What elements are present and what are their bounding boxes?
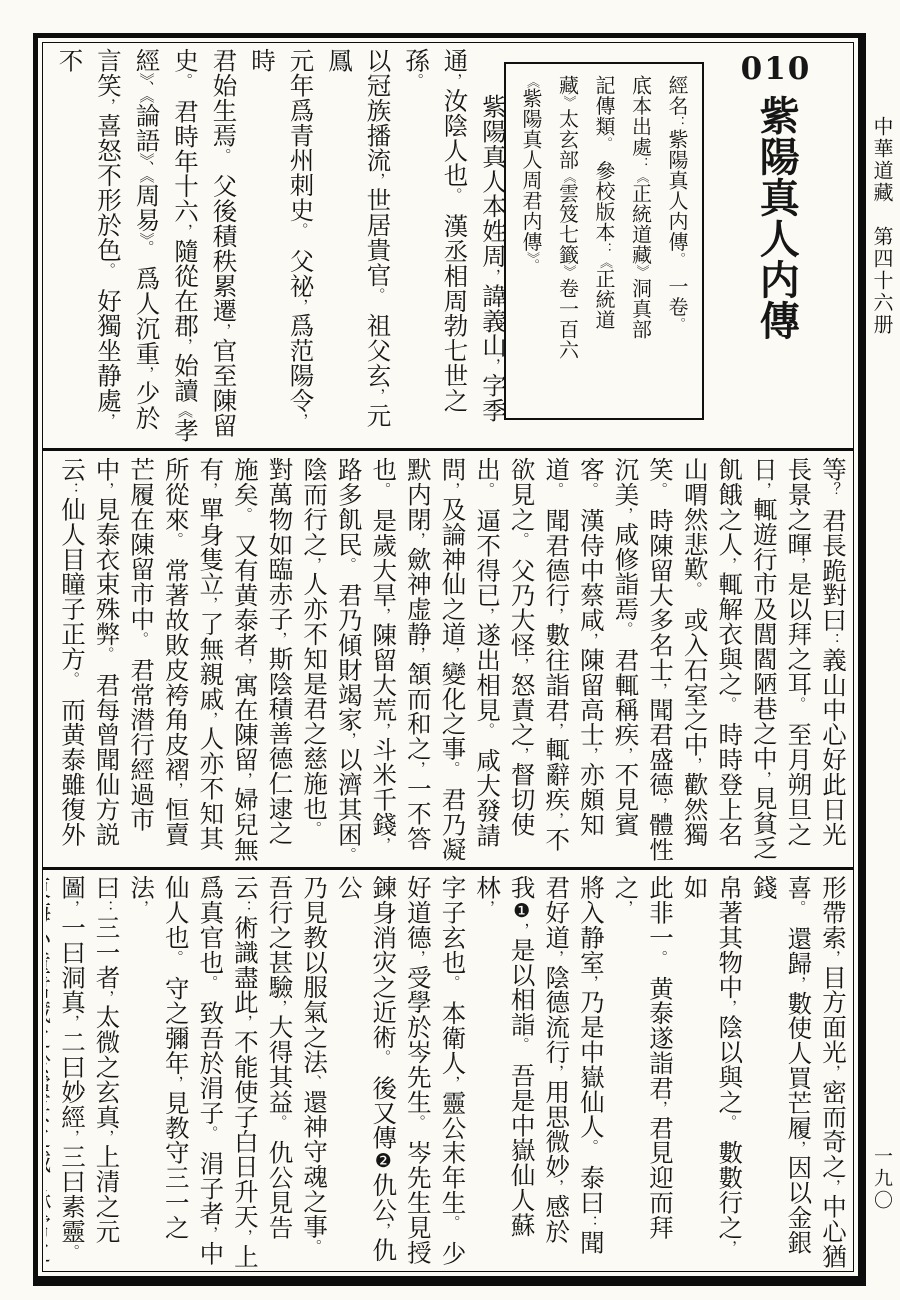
punctuation: ， <box>138 366 156 381</box>
text-column: 東海小童君藏之於靈景之城、琳霄之 <box>46 875 54 1269</box>
text-column: 施矣。又有黄泰者，寓在陳留，婦兒無 <box>227 457 262 864</box>
punctuation: ， <box>616 507 634 522</box>
punctuation: ， <box>215 323 233 338</box>
text-column: 云：術識盡此，不能使子白日升天，上 <box>227 875 262 1269</box>
punctuation: 。 <box>513 1037 531 1052</box>
punctuation: ， <box>443 646 461 661</box>
text-column: 飢餓之人，輒解衣與之。時時登上名 <box>712 457 747 864</box>
punctuation: ， <box>686 757 704 772</box>
punctuation: ， <box>478 900 496 915</box>
edition-note-box: 經名：紫陽真人内傳。一卷。底本出處：《正統道藏》洞真部記傳類。參校版本：《正統道… <box>504 62 704 420</box>
punctuation: 。 <box>478 722 496 737</box>
punctuation: ， <box>236 1015 254 1030</box>
text-column: 笑。時陳留大多名士，聞君盛德，體性 <box>642 457 677 864</box>
text-column: 所從來。常著故敗皮袴角皮褶，恒賣 <box>158 457 193 864</box>
register-divider-line <box>43 448 853 451</box>
punctuation: ， <box>484 358 502 373</box>
punctuation: 。 <box>670 317 685 330</box>
punctuation: 。 <box>597 137 612 150</box>
text-column: 芒履在陳留市中。君常潜行經過市 <box>124 457 159 864</box>
text-column: 鍊身消灾之近術。後又傳❷仇公，仇公 <box>331 875 400 1269</box>
punctuation: ， <box>409 761 427 776</box>
punctuation: ， <box>547 608 565 623</box>
punctuation: ： <box>236 900 254 915</box>
punctuation: 。 <box>720 696 738 711</box>
punctuation: 。 <box>138 240 156 255</box>
punctuation: ， <box>513 657 531 672</box>
text-column: 《紫陽真人周君内傳》。 <box>513 75 550 407</box>
punctuation: 。 <box>374 1049 392 1064</box>
text-column: 沉美，咸修詣焉。君輒稱疾，不見賓 <box>608 457 643 864</box>
text-column: 帛著其物中，陰以與之。數數行之，如 <box>677 875 746 1269</box>
text-column: 通，汝陰人也。漢丞相周勃七世之孫。 <box>397 48 474 443</box>
punctuation: ， <box>236 1229 254 1244</box>
punctuation: ， <box>616 747 634 762</box>
text-column: 形帶索，目方面光，密而奇之，中心猶 <box>815 875 850 1269</box>
text-column: 字子玄也。本衛人，靈公末年生。少 <box>435 875 470 1269</box>
punctuation: 。 <box>616 621 634 636</box>
punctuation: ， <box>340 732 358 747</box>
punctuation: 。 <box>305 1239 323 1254</box>
punctuation: ， <box>443 1075 461 1090</box>
punctuation: ： <box>63 482 81 497</box>
punctuation: ， <box>369 173 387 188</box>
text-column: 記傳類。參校版本：《正統道 <box>586 75 623 407</box>
punctuation: 。 <box>374 482 392 497</box>
punctuation: ， <box>369 388 387 403</box>
text-column: 等？君長跪對曰：義山中心好此日光 <box>815 457 850 864</box>
text-column: 出。逼不得已，遂出相見。咸大發請 <box>469 457 504 864</box>
punctuation: ， <box>98 1129 116 1144</box>
punctuation: ， <box>201 482 219 497</box>
text-column: 客。漢侍中蔡咸，陳留高士，亦頗知 <box>573 457 608 864</box>
punctuation: ， <box>547 950 565 965</box>
punctuation: ， <box>824 1064 842 1079</box>
punctuation: 》 <box>138 233 156 241</box>
punctuation: 。 <box>651 950 669 965</box>
text-column: 史。君時年十六，隨從在郡，始讀《孝 <box>166 48 205 443</box>
text-column: 欲見之。父乃大怪，怒責之，督切使 <box>504 457 539 864</box>
punctuation: ， <box>446 73 464 88</box>
punctuation: ， <box>63 900 81 915</box>
punctuation: 《 <box>138 175 156 183</box>
punctuation: ， <box>547 722 565 737</box>
punctuation: ， <box>236 772 254 787</box>
punctuation: 。 <box>63 1244 81 1259</box>
punctuation: ， <box>720 1000 738 1015</box>
punctuation: ， <box>478 608 496 623</box>
punctuation: 。 <box>443 975 461 990</box>
punctuation: 。 <box>582 1139 600 1154</box>
punctuation: ， <box>305 557 323 572</box>
punctuation: 。 <box>167 950 185 965</box>
text-column: 曰：三一者，太微之玄真，上清之元 <box>89 875 124 1269</box>
punctuation: ： <box>597 243 612 256</box>
punctuation: ， <box>63 1129 81 1144</box>
punctuation: 。 <box>582 482 600 497</box>
top-register-text: 紫陽真人本姓周，諱義山，字季通，汝陰人也。漢丞相周勃七世之孫。以冠族播流，世居貴… <box>46 48 512 443</box>
collection-volume-label: 中華道藏第四十六册 <box>868 116 897 336</box>
punctuation: ， <box>513 922 531 937</box>
punctuation: 。 <box>686 582 704 597</box>
punctuation: ， <box>755 771 773 786</box>
collection-name: 中華道藏 <box>870 116 894 204</box>
text-column: 以冠族播流，世居貴官。祖父玄，元鳳 <box>320 48 397 443</box>
text-column: 有，單身隻立，了無親戚，人亦不知其 <box>193 457 228 864</box>
text-column: 仙人也。守之彌年，見教守三一之法， <box>124 875 193 1269</box>
punctuation: 。 <box>478 482 496 497</box>
punctuation: ， <box>789 1140 807 1155</box>
punctuation: ， <box>651 682 669 697</box>
text-column: 長景之暉，是以拜之耳。至月朔旦之 <box>781 457 816 864</box>
punctuation: 。 <box>513 532 531 547</box>
punctuation: ， <box>409 646 427 661</box>
punctuation: 。 <box>63 671 81 686</box>
text-column: 結名好。然精思微密，所存必感。常 <box>46 48 50 443</box>
volume-label: 第四十六册 <box>870 226 894 336</box>
punctuation: ， <box>651 797 669 812</box>
text-column: 爲真官也。致吾於涓子。涓子者，中 <box>193 875 228 1269</box>
punctuation: 《 <box>634 170 649 183</box>
punctuation: ， <box>824 950 842 965</box>
text-column: 山喟然悲歎。或入石室之中，歡然獨 <box>677 457 712 864</box>
punctuation: 《 <box>561 170 576 183</box>
punctuation: 《 <box>138 95 156 103</box>
punctuation: 。 <box>98 646 116 661</box>
punctuation: 。 <box>789 900 807 915</box>
text-column: 對萬物如臨赤子，斯陰積善德仁逮之 <box>262 457 297 864</box>
punctuation: 》 <box>561 96 576 109</box>
chapter-title: 紫陽真人内傳 <box>755 95 797 341</box>
punctuation: ， <box>789 557 807 572</box>
text-column: 路多飢民。君乃傾財竭家，以濟其困。 <box>331 457 366 864</box>
punctuation: 》 <box>634 265 649 278</box>
punctuation: 。 <box>443 1215 461 1230</box>
punctuation: ， <box>484 268 502 283</box>
punctuation: ， <box>755 482 773 497</box>
punctuation: 。 <box>409 1114 427 1129</box>
text-column: 問，及論神仙之道，變化之事。君乃凝 <box>435 457 470 864</box>
punctuation: 。 <box>443 761 461 776</box>
punctuation: 。 <box>670 252 685 265</box>
punctuation: ， <box>99 413 117 428</box>
text-column: 吾行之甚驗，大得其益。仇公見告 <box>262 875 297 1269</box>
punctuation: 。 <box>292 222 310 237</box>
punctuation: ： <box>98 900 116 915</box>
text-column: 元年爲青州刺史。父祕，爲范陽令，時 <box>243 48 320 443</box>
punctuation: ， <box>98 990 116 1005</box>
text-column: 中，見泰衣束殊弊。君每曾聞仙方説 <box>89 457 124 864</box>
chapter-title-block: 010 紫陽真人内傳 <box>724 51 828 341</box>
text-column: 我❶，是以相詣。吾是中嶽仙人蘇林， <box>469 875 538 1269</box>
scanned-page: 紫陽真人本姓周，諱義山，字季通，汝陰人也。漢丞相周勃七世之孫。以冠族播流，世居貴… <box>0 0 900 1300</box>
punctuation: ， <box>271 1000 289 1015</box>
punctuation: 。 <box>340 847 358 862</box>
punctuation: ： <box>634 157 649 170</box>
text-column: 陰而行之，人亦不知是君之慈施也。 <box>297 457 332 864</box>
punctuation: ， <box>582 632 600 647</box>
page-frame: 紫陽真人本姓周，諱義山，字季通，汝陰人也。漢丞相周勃七世之孫。以冠族播流，世居貴… <box>33 33 866 1286</box>
text-column: 日，輒遊行市及閭閻陋巷之中，見貧乏 <box>746 457 781 864</box>
punctuation: 、 <box>138 80 156 95</box>
punctuation: ： <box>582 1215 600 1230</box>
punctuation: 、 <box>138 160 156 175</box>
punctuation: ， <box>201 1226 219 1241</box>
punctuation: 。 <box>369 287 387 302</box>
punctuation: ， <box>167 782 185 797</box>
punctuation: 》 <box>561 265 576 278</box>
bottom-register: 形帶索，目方面光，密而奇之，中心猶喜。還歸，數使人買芒履，因以金銀錢帛著其物中，… <box>46 873 850 1269</box>
punctuation: ， <box>99 98 117 113</box>
punctuation: 。 <box>547 482 565 497</box>
punctuation: 。 <box>201 1125 219 1140</box>
punctuation: ， <box>547 1064 565 1079</box>
punctuation: ， <box>374 837 392 852</box>
text-column: 言笑，喜怒不形於色。好獨坐静處，不 <box>50 48 127 443</box>
punctuation: ， <box>201 711 219 726</box>
footnote-marker: ❶ <box>511 900 533 922</box>
punctuation: ， <box>63 1015 81 1030</box>
text-column: 云：仙人目瞳子正方。而黄泰雖復外 <box>54 457 89 864</box>
text-column: 底本出處：《正統道藏》洞真部 <box>622 75 659 407</box>
punctuation: 。 <box>407 73 425 88</box>
punctuation: ， <box>720 1240 738 1255</box>
text-column: 君始生焉。父後積秩累遷，官至陳留 <box>204 48 243 443</box>
punctuation: ， <box>789 976 807 991</box>
punctuation: 。 <box>651 482 669 497</box>
punctuation: 。 <box>789 696 807 711</box>
punctuation: 《 <box>176 403 194 418</box>
text-column: 乃見教以服氣之法、還神守魂之事。 <box>297 875 332 1269</box>
punctuation: ， <box>374 1222 392 1237</box>
punctuation: 。 <box>446 188 464 203</box>
text-column: 喜。還歸，數使人買芒履，因以金銀錢 <box>746 875 815 1269</box>
text-column: 道。聞君德行，數往詣君，輒辭疾，不 <box>539 457 574 864</box>
punctuation: ， <box>409 532 427 547</box>
punctuation: ， <box>132 900 150 915</box>
punctuation: ， <box>374 722 392 737</box>
punctuation: ， <box>582 747 600 762</box>
text-column: 圖，一曰洞真，二曰妙經，三曰素靈。 <box>54 875 89 1269</box>
text-column: 藏》太玄部《雲笈七籤》卷一百六 <box>549 75 586 407</box>
bottom-register-text: 形帶索，目方面光，密而奇之，中心猶喜。還歸，數使人買芒履，因以金銀錢帛著其物中，… <box>46 875 850 1269</box>
punctuation: 。 <box>236 507 254 522</box>
text-column: 默内閉，歛神虚静，頷而和之，一不答 <box>400 457 435 864</box>
punctuation: ， <box>720 557 738 572</box>
punctuation: ， <box>409 950 427 965</box>
punctuation: ， <box>271 631 289 646</box>
edition-note-text: 經名：紫陽真人内傳。一卷。底本出處：《正統道藏》洞真部記傳類。參校版本：《正統道… <box>513 75 695 407</box>
footnote-marker: ❷ <box>372 1150 394 1172</box>
chapter-serial-number: 010 <box>724 51 828 87</box>
middle-register: 等？君長跪對曰：義山中心好此日光長景之暉，是以拜之耳。至月朔旦之日，輒遊行市及閭… <box>46 455 850 864</box>
punctuation: 。 <box>720 1114 738 1129</box>
punctuation: 。 <box>201 975 219 990</box>
punctuation: ， <box>236 657 254 672</box>
punctuation: ， <box>582 975 600 990</box>
page-number: 一九〇 <box>869 1146 896 1212</box>
punctuation: 《 <box>597 256 612 269</box>
punctuation: ， <box>616 900 634 915</box>
punctuation: ， <box>513 747 531 762</box>
middle-register-text: 等？君長跪對曰：義山中心好此日光長景之暉，是以拜之耳。至月朔旦之日，輒遊行市及閭… <box>46 457 850 864</box>
punctuation: 。 <box>215 148 233 163</box>
punctuation: ： <box>670 116 685 129</box>
punctuation: 。 <box>340 557 358 572</box>
text-column: 也。是歲大旱，陳留大荒，斗米千錢， <box>366 457 401 864</box>
text-column: 君好道，陰德流行，用思微妙，感於 <box>539 875 574 1269</box>
punctuation: 《 <box>524 75 539 88</box>
punctuation: ， <box>651 1100 669 1115</box>
punctuation: 。 <box>167 532 185 547</box>
punctuation: ， <box>98 482 116 497</box>
punctuation: ？ <box>824 482 842 497</box>
text-column: 好道德，受學於岑先生。岑先生見授 <box>400 875 435 1269</box>
punctuation: 。 <box>176 73 194 88</box>
punctuation: 。 <box>132 631 150 646</box>
punctuation: ， <box>292 298 310 313</box>
text-column: 此非一。黄泰遂詣君，君見迎而拜之， <box>608 875 677 1269</box>
text-column: 經名：紫陽真人内傳。一卷。 <box>659 75 696 407</box>
text-column: 將入静室，乃是中嶽仙人。泰曰：聞 <box>573 875 608 1269</box>
punctuation: ， <box>374 608 392 623</box>
punctuation: ， <box>167 1075 185 1090</box>
punctuation: ， <box>547 1179 565 1194</box>
punctuation: ， <box>824 1179 842 1194</box>
punctuation: ， <box>176 338 194 353</box>
punctuation: ， <box>443 482 461 497</box>
punctuation: ， <box>292 413 310 428</box>
top-register: 紫陽真人本姓周，諱義山，字季通，汝陰人也。漢丞相周勃七世之孫。以冠族播流，世居貴… <box>46 45 850 446</box>
punctuation: ： <box>824 632 842 647</box>
text-column: 經》、《論語》、《周易》。爲人沉重，少於 <box>127 48 166 443</box>
register-divider-line <box>43 867 853 870</box>
punctuation: ， <box>201 597 219 612</box>
punctuation: 。 <box>271 1114 289 1129</box>
punctuation: 。 <box>524 259 539 272</box>
punctuation: 、 <box>305 1074 323 1089</box>
punctuation: 。 <box>305 821 323 836</box>
page-frame-inner-rule: 紫陽真人本姓周，諱義山，字季通，汝陰人也。漢丞相周勃七世之孫。以冠族播流，世居貴… <box>42 42 854 1272</box>
punctuation: ， <box>176 223 194 238</box>
punctuation: ， <box>547 812 565 827</box>
punctuation: 。 <box>99 262 117 277</box>
